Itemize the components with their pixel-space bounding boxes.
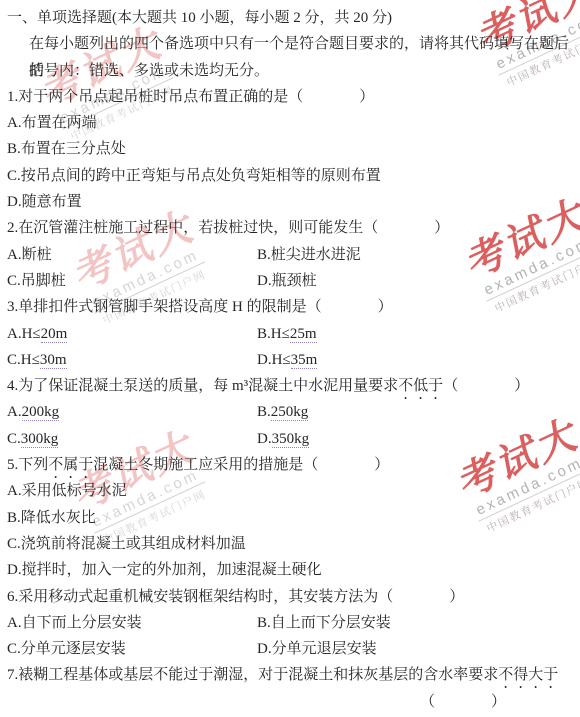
emphasized-text: 不得大于: [498, 667, 558, 683]
text-run: ）: [449, 589, 464, 605]
option-key: D.: [257, 352, 272, 368]
question-stem: 3.单排扣件式钢管脚手架搭设高度 H 的限制是（）: [7, 294, 576, 320]
option-key: B.: [257, 247, 271, 263]
dotted-underline-text: 250kg: [271, 404, 309, 421]
dotted-underline-text: 35m: [291, 352, 318, 369]
answer-blank-gap: [378, 231, 434, 232]
option: C.300kg: [7, 426, 257, 452]
section-title: 一、单项选择题(本大题共 10 小题，每小题 2 分，共 20 分): [7, 5, 576, 31]
dotted-underline-text: 350kg: [272, 431, 310, 448]
text-run: 2.在沉管灌注桩施工过程中，若拔桩过快，则可能发生（: [7, 220, 378, 236]
option: A.自下而上分层安装: [7, 610, 257, 636]
option-row: C.吊脚桩D.瓶颈桩: [7, 268, 576, 294]
text-run: ）: [491, 694, 506, 710]
option-key: B.: [257, 326, 271, 342]
option: D.350kg: [257, 426, 309, 452]
text-run: 分单元退层安装: [272, 641, 377, 657]
text-run: 搅拌时，加入一定的外加剂，加速混凝土硬化: [22, 562, 322, 578]
text-run: 降低水灰比: [21, 510, 96, 526]
question: 1.对于两个吊点起吊桩时吊点布置正确的是（）A.布置在两端B.布置在三分点处C.…: [7, 84, 576, 215]
option-key: A.: [7, 483, 22, 499]
option-key: B.: [257, 404, 271, 420]
answer-blank-line: （）: [7, 689, 576, 715]
option: D.瓶颈桩: [257, 268, 317, 294]
text-run: 分单元逐层安装: [21, 641, 126, 657]
text-run: ）: [434, 220, 449, 236]
text-run: 自下而上分层安装: [22, 615, 142, 631]
text-run: ）: [374, 457, 389, 473]
option: D.分单元退层安装: [257, 636, 377, 662]
option-key: D.: [7, 562, 22, 578]
question: 5.下列不属于混凝土冬期施工应采用的措施是（）A.采用低标号水泥B.降低水灰比C…: [7, 452, 576, 583]
text-run: 采用低标号水泥: [22, 483, 127, 499]
text-run: 断桩: [22, 247, 52, 263]
option: C.按吊点间的跨中正弯矩与吊点处负弯矩相等的原则布置: [7, 163, 576, 189]
option: D.H≤35m: [257, 347, 317, 373]
text-run: 桩尖进水进泥: [271, 247, 361, 263]
option-key: C.: [7, 536, 21, 552]
question-stem: 5.下列不属于混凝土冬期施工应采用的措施是（）: [7, 452, 576, 478]
question: 6.采用移动式起重机械安装钢框架结构时，其安装方法为（）A.自下而上分层安装B.…: [7, 584, 576, 663]
answer-blank-gap: [322, 310, 378, 311]
question-stem: 6.采用移动式起重机械安装钢框架结构时，其安装方法为（）: [7, 584, 576, 610]
option-key: C.: [7, 641, 21, 657]
text-run: 6.采用移动式起重机械安装钢框架结构时，其安装方法为（: [7, 589, 393, 605]
text-run: 1.对于两个吊点起吊桩时吊点布置正确的是（: [7, 89, 303, 105]
option-key: C.: [7, 168, 21, 184]
option: B.桩尖进水进泥: [257, 242, 361, 268]
text-run: ）: [514, 378, 529, 394]
text-run: 按吊点间的跨中正弯矩与吊点处负弯矩相等的原则布置: [21, 168, 381, 184]
option-key: A.: [7, 404, 22, 420]
text-run: （: [420, 694, 435, 710]
option: A.断桩: [7, 242, 257, 268]
option-key: D.: [257, 641, 272, 657]
exam-content: 一、单项选择题(本大题共 10 小题，每小题 2 分，共 20 分) 在每小题列…: [0, 0, 580, 715]
text-run: ）: [378, 299, 393, 315]
dotted-underline-text: 25m: [290, 326, 317, 343]
option: A.200kg: [7, 399, 257, 425]
option-key: C.: [7, 352, 21, 368]
option-key: B.: [7, 510, 21, 526]
question: 2.在沉管灌注桩施工过程中，若拔桩过快，则可能发生（）A.断桩B.桩尖进水进泥C…: [7, 215, 576, 294]
option: A.布置在两端: [7, 110, 576, 136]
dotted-underline-text: 30m: [40, 352, 67, 369]
question-stem: 4.为了保证混凝土泵送的质量，每 m³混凝土中水泥用量要求不低于（）: [7, 373, 576, 399]
text-run: H≤: [21, 352, 40, 368]
option-row: A.自下而上分层安装B.自上而下分层安装: [7, 610, 576, 636]
answer-blank-gap: [303, 100, 359, 101]
option-key: C.: [7, 431, 21, 447]
option-key: A.: [7, 615, 22, 631]
option-key: D.: [257, 273, 272, 289]
text-run: H≤: [22, 326, 41, 342]
option-key: C.: [7, 273, 21, 289]
option: C.H≤30m: [7, 347, 257, 373]
dotted-underline-text: 200kg: [22, 404, 60, 421]
text-run: 4.为了保证混凝土泵送的质量，每 m³混凝土中水泥用量要求: [7, 378, 398, 394]
option-key: D.: [257, 431, 272, 447]
option-key: B.: [257, 615, 271, 631]
option: B.H≤25m: [257, 321, 317, 347]
option: D.搅拌时，加入一定的外加剂，加速混凝土硬化: [7, 557, 576, 583]
emphasized-text: 不低于: [398, 378, 443, 394]
option-row: C.H≤30mD.H≤35m: [7, 347, 576, 373]
option: D.随意布置: [7, 189, 576, 215]
text-run: 瓶颈桩: [272, 273, 317, 289]
dotted-underline-text: 300kg: [21, 431, 59, 448]
text-run: H≤: [272, 352, 291, 368]
answer-blank-gap: [458, 389, 514, 390]
answer-blank-gap: [393, 600, 449, 601]
option-key: D.: [7, 194, 22, 210]
question-stem: 2.在沉管灌注桩施工过程中，若拔桩过快，则可能发生（）: [7, 215, 576, 241]
option: A.H≤20m: [7, 321, 257, 347]
dotted-underline-text: 20m: [41, 326, 68, 343]
text-run: 5.下列: [7, 457, 48, 473]
option-key: A.: [7, 115, 22, 131]
question-stem: 1.对于两个吊点起吊桩时吊点布置正确的是（）: [7, 84, 576, 110]
option-row: A.H≤20mB.H≤25m: [7, 321, 576, 347]
option: A.采用低标号水泥: [7, 478, 576, 504]
text-run: （: [443, 378, 458, 394]
text-run: ）: [359, 89, 374, 105]
text-run: 3.单排扣件式钢管脚手架搭设高度 H 的限制是（: [7, 299, 322, 315]
text-run: 7.裱糊工程基体或基层不能过于潮湿，对于混凝土和抹灰基层的含水率要求: [7, 667, 498, 683]
text-run: 混凝土冬期施工应采用的措施是（: [93, 457, 318, 473]
text-run: 布置在两端: [22, 115, 97, 131]
option: C.分单元逐层安装: [7, 636, 257, 662]
text-run: 随意布置: [22, 194, 82, 210]
text-run: H≤: [271, 326, 290, 342]
questions-container: 1.对于两个吊点起吊桩时吊点布置正确的是（）A.布置在两端B.布置在三分点处C.…: [7, 84, 576, 715]
option-key: B.: [7, 141, 21, 157]
option: C.吊脚桩: [7, 268, 257, 294]
text-run: 吊脚桩: [21, 273, 66, 289]
option-row: A.断桩B.桩尖进水进泥: [7, 242, 576, 268]
question: 3.单排扣件式钢管脚手架搭设高度 H 的限制是（）A.H≤20mB.H≤25mC…: [7, 294, 576, 373]
option: B.降低水灰比: [7, 505, 576, 531]
option: B.自上而下分层安装: [257, 610, 391, 636]
option: B.250kg: [257, 399, 308, 425]
question: 4.为了保证混凝土泵送的质量，每 m³混凝土中水泥用量要求不低于（）A.200k…: [7, 373, 576, 452]
question-stem: 7.裱糊工程基体或基层不能过于潮湿，对于混凝土和抹灰基层的含水率要求不得大于: [7, 662, 576, 688]
question: 7.裱糊工程基体或基层不能过于潮湿，对于混凝土和抹灰基层的含水率要求不得大于（）: [7, 662, 576, 715]
answer-blank-gap: [435, 705, 491, 706]
answer-blank-gap: [318, 468, 374, 469]
option: C.浇筑前将混凝土或其组成材料加温: [7, 531, 576, 557]
option-row: C.300kgD.350kg: [7, 426, 576, 452]
option-key: A.: [7, 247, 22, 263]
option-row: C.分单元逐层安装D.分单元退层安装: [7, 636, 576, 662]
exam-page: 考试大 examda.com 中国教育考试门户网 考试大 examda.com …: [0, 0, 580, 717]
option-row: A.200kgB.250kg: [7, 399, 576, 425]
instruction-line: 括号内：错选、多选或未选均无分。: [7, 58, 576, 84]
text-run: 自上而下分层安装: [271, 615, 391, 631]
text-run: 浇筑前将混凝土或其组成材料加温: [21, 536, 246, 552]
option-key: A.: [7, 326, 22, 342]
instruction-line: 在每小题列出的四个备选项中只有一个是符合题目要求的，请将其代码填写在题后的: [7, 31, 576, 57]
option: B.布置在三分点处: [7, 136, 576, 162]
text-run: 布置在三分点处: [21, 141, 126, 157]
emphasized-text: 不属于: [48, 457, 93, 473]
